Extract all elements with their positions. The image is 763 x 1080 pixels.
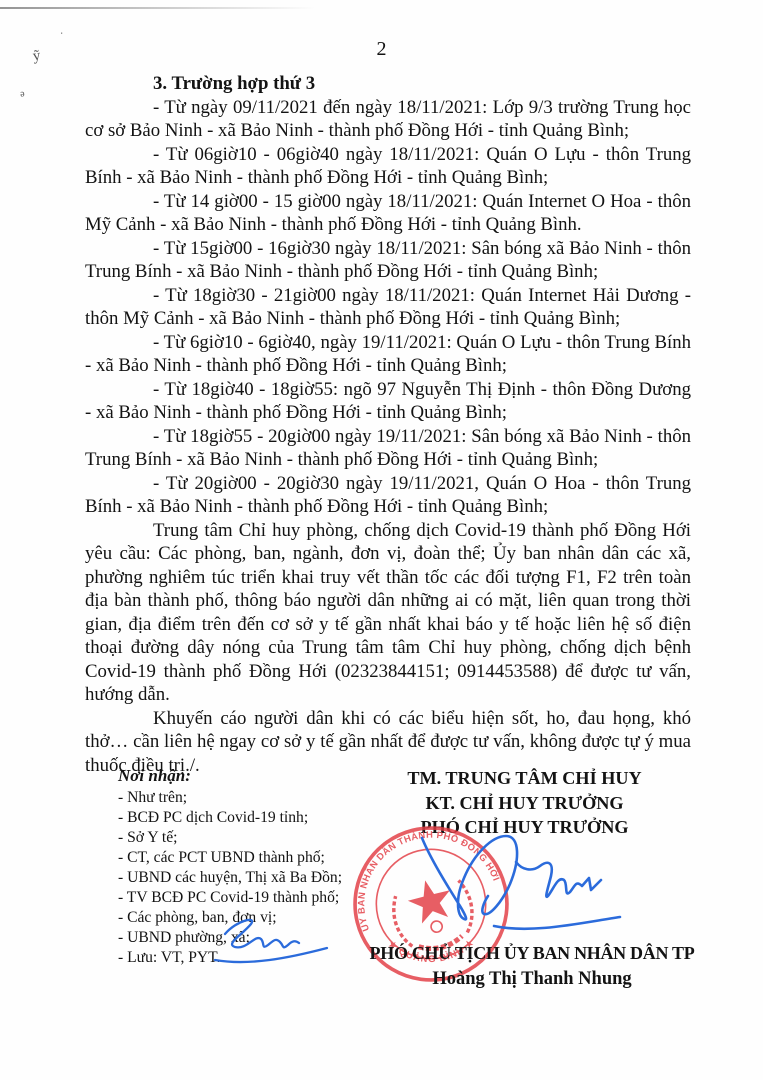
signature-authority-line: TM. TRUNG TÂM CHỈ HUY (352, 766, 697, 791)
document-body: 3. Trường hợp thứ 3 - Từ ngày 09/11/2021… (85, 72, 691, 777)
recipient-item: - Như trên; (118, 788, 368, 808)
recipient-item: - BCĐ PC dịch Covid-19 tỉnh; (118, 808, 368, 828)
timeline-paragraph: - Từ 15giờ00 - 16giờ30 ngày 18/11/2021: … (85, 237, 691, 284)
timeline-paragraph: - Từ 18giờ55 - 20giờ00 ngày 19/11/2021: … (85, 425, 691, 472)
timeline-paragraph: - Từ 6giờ10 - 6giờ40, ngày 19/11/2021: Q… (85, 331, 691, 378)
scan-edge-line (0, 7, 315, 9)
instruction-paragraph: Trung tâm Chỉ huy phòng, chống dịch Covi… (85, 519, 691, 707)
timeline-paragraph: - Từ 18giờ30 - 21giờ00 ngày 18/11/2021: … (85, 284, 691, 331)
signature-authority-line: KT. CHỈ HUY TRƯỞNG (352, 791, 697, 816)
recipient-item: - UBND các huyện, Thị xã Ba Đồn; (118, 868, 368, 888)
timeline-paragraph: - Từ 14 giờ00 - 15 giờ00 ngày 18/11/2021… (85, 190, 691, 237)
scan-artifact-dot: ə (19, 88, 27, 100)
recipient-item: - CT, các PCT UBND thành phố; (118, 848, 368, 868)
document-page: ỹ · ə 2 3. Trường hợp thứ 3 - Từ ngày 09… (0, 0, 763, 1080)
timeline-paragraph: - Từ 18giờ40 - 18giờ55: ngõ 97 Nguyễn Th… (85, 378, 691, 425)
section-heading: 3. Trường hợp thứ 3 (85, 72, 691, 96)
recipient-item: - TV BCĐ PC Covid-19 thành phố; (118, 888, 368, 908)
signer-title: PHÓ CHỦ TỊCH ỦY BAN NHÂN DÂN TP (352, 941, 712, 966)
recipient-item: - Sở Y tế; (118, 828, 368, 848)
signature-main (398, 824, 643, 946)
timeline-paragraph: - Từ 20giờ00 - 20giờ30 ngày 19/11/2021, … (85, 472, 691, 519)
signer-name: Hoàng Thị Thanh Nhung (352, 966, 712, 992)
timeline-paragraph: - Từ 06giờ10 - 06giờ40 ngày 18/11/2021: … (85, 143, 691, 190)
timeline-paragraph: - Từ ngày 09/11/2021 đến ngày 18/11/2021… (85, 96, 691, 143)
recipients-title: Nơi nhận: (118, 766, 368, 786)
signature-initials (205, 912, 340, 970)
page-number: 2 (0, 38, 763, 61)
signer-block: PHÓ CHỦ TỊCH ỦY BAN NHÂN DÂN TP Hoàng Th… (352, 941, 712, 992)
